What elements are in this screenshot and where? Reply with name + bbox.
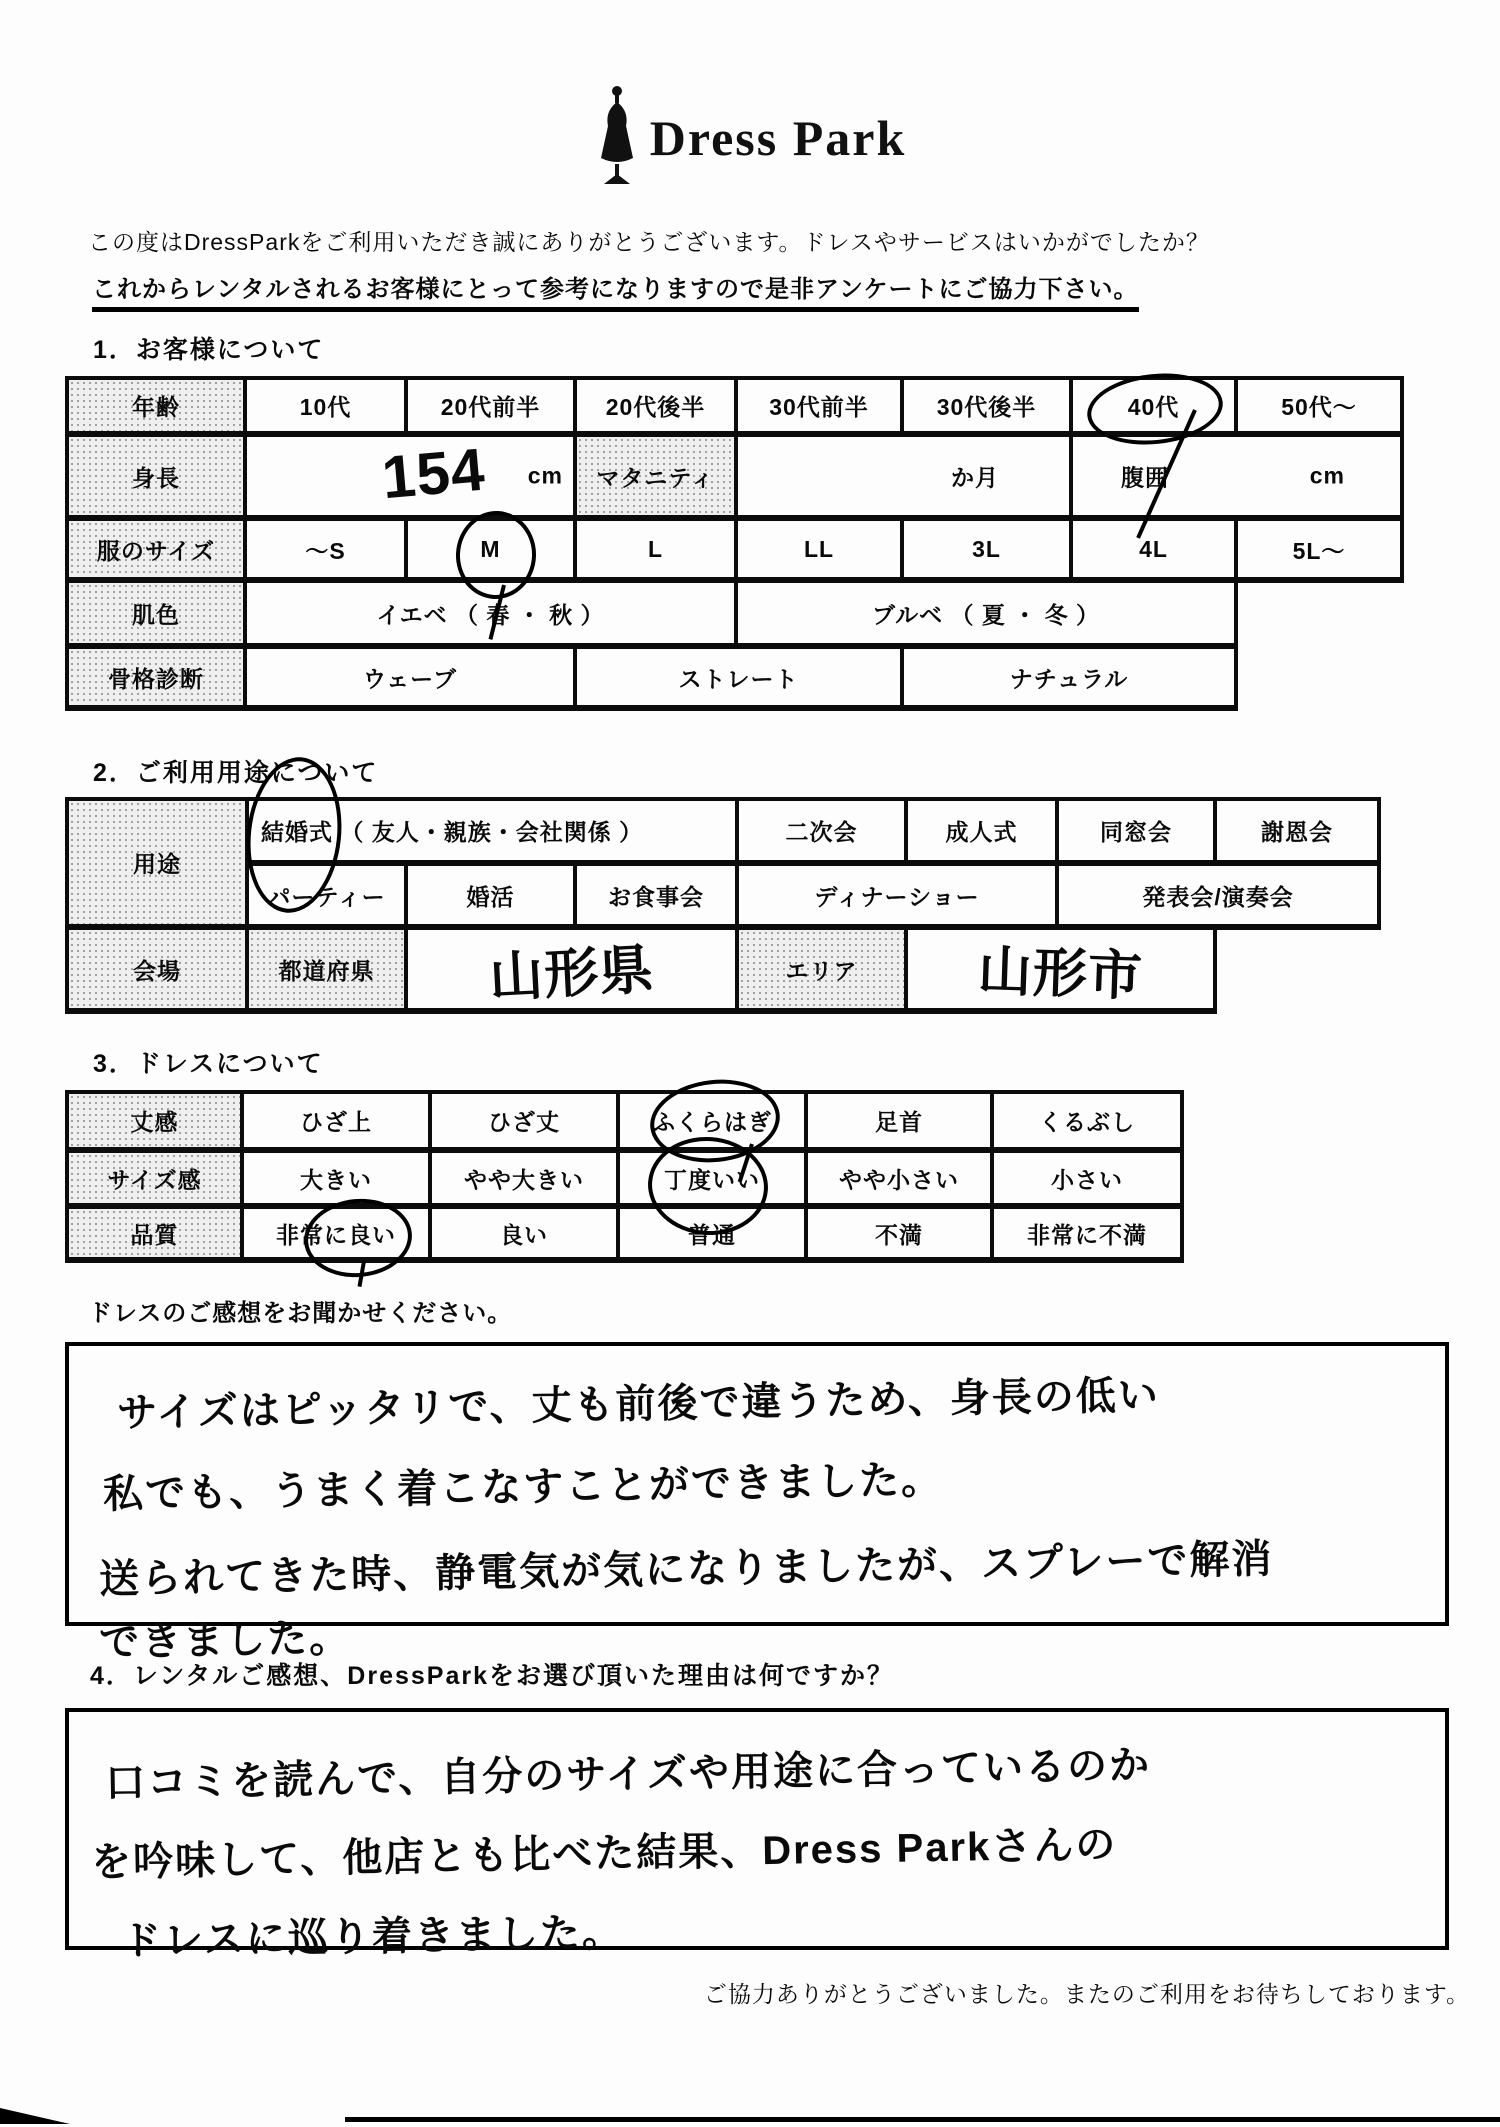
quality-option-selected: 非常に良い <box>242 1206 430 1260</box>
size-option: LL <box>736 518 902 580</box>
usage-option-wedding-selected: 結婚式 （ 友人・親族・会社関係 ） <box>247 799 737 863</box>
row-label-venue: 会場 <box>67 927 247 1011</box>
maternity-unit: か月 <box>951 460 999 493</box>
usage-option: 成人式 <box>906 799 1057 863</box>
section1-heading: 1．お客様について <box>93 330 1500 366</box>
dress-comment-prompt: ドレスのご感想をお聞かせください。 <box>88 1293 1500 1328</box>
row-label-skin: 肌色 <box>67 580 245 646</box>
brand-logo: Dress Park <box>0 0 1500 190</box>
size-option: 4L <box>1071 518 1236 580</box>
section3-heading: 3．ドレスについて <box>93 1044 1500 1080</box>
row-label-age: 年齢 <box>67 378 245 434</box>
row-label-quality: 品質 <box>67 1206 242 1260</box>
fit-option: 大きい <box>242 1150 430 1206</box>
skin-option: ブルベ （ 夏 ・ 冬 ） <box>736 580 1236 646</box>
size-option: 3L <box>902 518 1071 580</box>
length-option-selected: ふくらはぎ <box>618 1092 806 1150</box>
height-unit: cm <box>528 463 563 490</box>
fit-option-selected: 丁度いい <box>618 1150 806 1206</box>
age-option: 20代前半 <box>406 378 575 434</box>
skeleton-option: ウェーブ <box>245 646 575 708</box>
length-option: くるぶし <box>992 1092 1182 1150</box>
age-option: 50代～ <box>1236 378 1402 434</box>
fit-option: やや小さい <box>806 1150 992 1206</box>
quality-option: 普通 <box>618 1206 806 1260</box>
usage-option: お食事会 <box>575 863 737 927</box>
table-gap <box>1236 580 1402 646</box>
length-option: ひざ丈 <box>430 1092 618 1150</box>
intro-line-1: この度はDressParkをご利用いただき誠にありがとうございます。ドレスやサー… <box>88 224 1500 257</box>
row-label-fit: サイズ感 <box>67 1150 242 1206</box>
customer-info-table: 年齢 10代 20代前半 20代後半 30代前半 30代後半 40代 50代～ … <box>65 376 1404 711</box>
row-label-size: 服のサイズ <box>67 518 245 580</box>
skin-option: イエベ （ 春 ・ 秋 ） <box>245 580 736 646</box>
size-option: ～S <box>245 518 406 580</box>
maternity-entry-cell: か月 <box>736 434 1071 518</box>
waist-label: 腹囲 <box>1121 460 1169 493</box>
size-option: L <box>575 518 736 580</box>
prefecture-entry-cell: 山形県 <box>406 927 737 1011</box>
selection-circle-quality-tail <box>358 1261 366 1287</box>
waist-entry-cell: 腹囲 cm <box>1071 434 1402 518</box>
handwritten-height-value: 154 <box>379 435 488 513</box>
age-option: 30代後半 <box>902 378 1071 434</box>
handwritten-area: 山形市 <box>977 928 1145 1011</box>
handwritten-comment-line: サイズはピッタリで、丈も前後で違うため、身長の低い <box>117 1358 1446 1438</box>
age-option: 10代 <box>245 378 406 434</box>
fit-option: やや大きい <box>430 1150 618 1206</box>
handwritten-comment-line: 私でも、うまく着こなすことができました。 <box>103 1439 1446 1519</box>
age-option: 30代前半 <box>736 378 902 434</box>
size-option: 5L～ <box>1236 518 1402 580</box>
quality-option: 非常に不満 <box>992 1206 1182 1260</box>
quality-option: 不満 <box>806 1206 992 1260</box>
dress-feedback-table: 丈感 ひざ上 ひざ丈 ふくらはぎ 足首 くるぶし サイズ感 大きい やや大きい … <box>65 1090 1184 1263</box>
section2-heading: 2．ご利用用途について <box>93 753 1500 789</box>
quality-option: 良い <box>430 1206 618 1260</box>
area-entry-cell: 山形市 <box>906 927 1215 1011</box>
dress-comment-box: サイズはピッタリで、丈も前後で違うため、身長の低い 私でも、うまく着こなすことが… <box>65 1342 1449 1626</box>
handwritten-comment-line: 口コミを読んで、自分のサイズや用途に合っているのか <box>105 1728 1446 1808</box>
row-label-usage: 用途 <box>67 799 247 927</box>
reason-comment-box: 口コミを読んで、自分のサイズや用途に合っているのか を吟味して、他店とも比べた結… <box>65 1708 1449 1950</box>
row-label-skeleton: 骨格診断 <box>67 646 245 708</box>
dress-mannequin-icon <box>594 84 640 193</box>
waist-unit: cm <box>1310 463 1345 490</box>
handwritten-comment-line: ドレスに巡り着きました。 <box>121 1886 1446 1966</box>
scan-artifact-line <box>345 2117 1500 2122</box>
length-option: ひざ上 <box>242 1092 430 1150</box>
usage-option: 謝恩会 <box>1215 799 1379 863</box>
wedding-label: 結婚式 <box>261 819 333 845</box>
handwritten-comment-line: を吟味して、他店とも比べた結果、Dress Parkさんの <box>91 1807 1446 1888</box>
scan-artifact-wedge <box>0 2108 70 2124</box>
table-gap <box>1215 927 1379 1011</box>
usage-option: 同窓会 <box>1057 799 1215 863</box>
maternity-label: マタニティ <box>575 434 736 518</box>
height-entry-cell: 154 cm <box>245 434 575 518</box>
prefecture-label: 都道府県 <box>247 927 406 1011</box>
area-label: エリア <box>737 927 906 1011</box>
usage-option: 二次会 <box>737 799 906 863</box>
length-option: 足首 <box>806 1092 992 1150</box>
row-label-length: 丈感 <box>67 1092 242 1150</box>
age-option: 20代後半 <box>575 378 736 434</box>
usage-option: 婚活 <box>406 863 575 927</box>
wedding-note: （ 友人・親族・会社関係 ） <box>340 819 643 845</box>
closing-thanks: ご協力ありがとうございました。またのご利用をお待ちしております。 <box>0 1976 1470 2009</box>
table-gap <box>1236 646 1402 708</box>
intro-line-2-underlined: これからレンタルされるお客様にとって参考になりますので是非アンケートにご協力下さ… <box>92 269 1139 312</box>
row-label-height: 身長 <box>67 434 245 518</box>
brand-name: Dress Park <box>650 109 907 167</box>
skeleton-option: ナチュラル <box>902 646 1236 708</box>
age-option-selected: 40代 <box>1071 378 1236 434</box>
usage-option: パーティー <box>247 863 406 927</box>
skeleton-option: ストレート <box>575 646 902 708</box>
fit-option: 小さい <box>992 1150 1182 1206</box>
usage-option: ディナーショー <box>737 863 1057 927</box>
usage-option: 発表会/演奏会 <box>1057 863 1379 927</box>
usage-table: 用途 結婚式 （ 友人・親族・会社関係 ） 二次会 成人式 同窓会 謝恩会 パー… <box>65 797 1381 1014</box>
scanned-survey-page: Dress Park この度はDressParkをご利用いただき誠にありがとうご… <box>0 0 1500 2127</box>
handwritten-prefecture: 山形県 <box>487 926 656 1012</box>
size-option-selected: M <box>406 518 575 580</box>
